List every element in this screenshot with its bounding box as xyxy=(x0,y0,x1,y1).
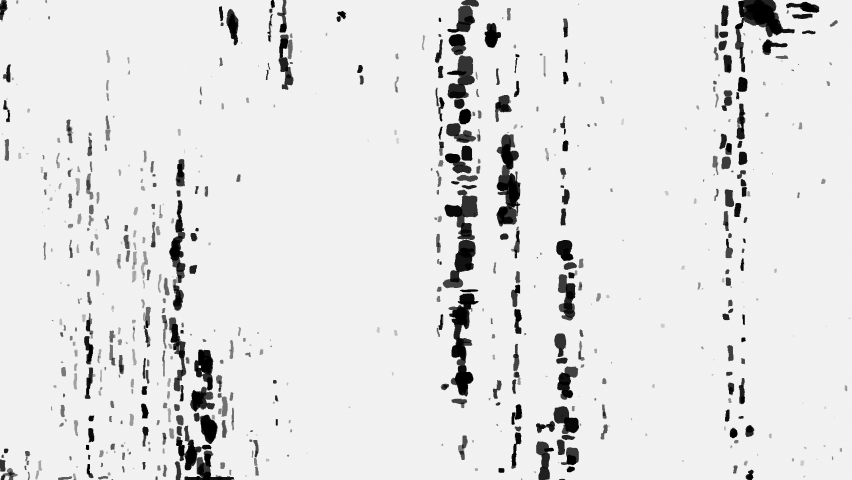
texture-canvas xyxy=(0,0,852,480)
film-grain-overlay xyxy=(0,0,852,480)
grunge-texture-image xyxy=(0,0,852,480)
